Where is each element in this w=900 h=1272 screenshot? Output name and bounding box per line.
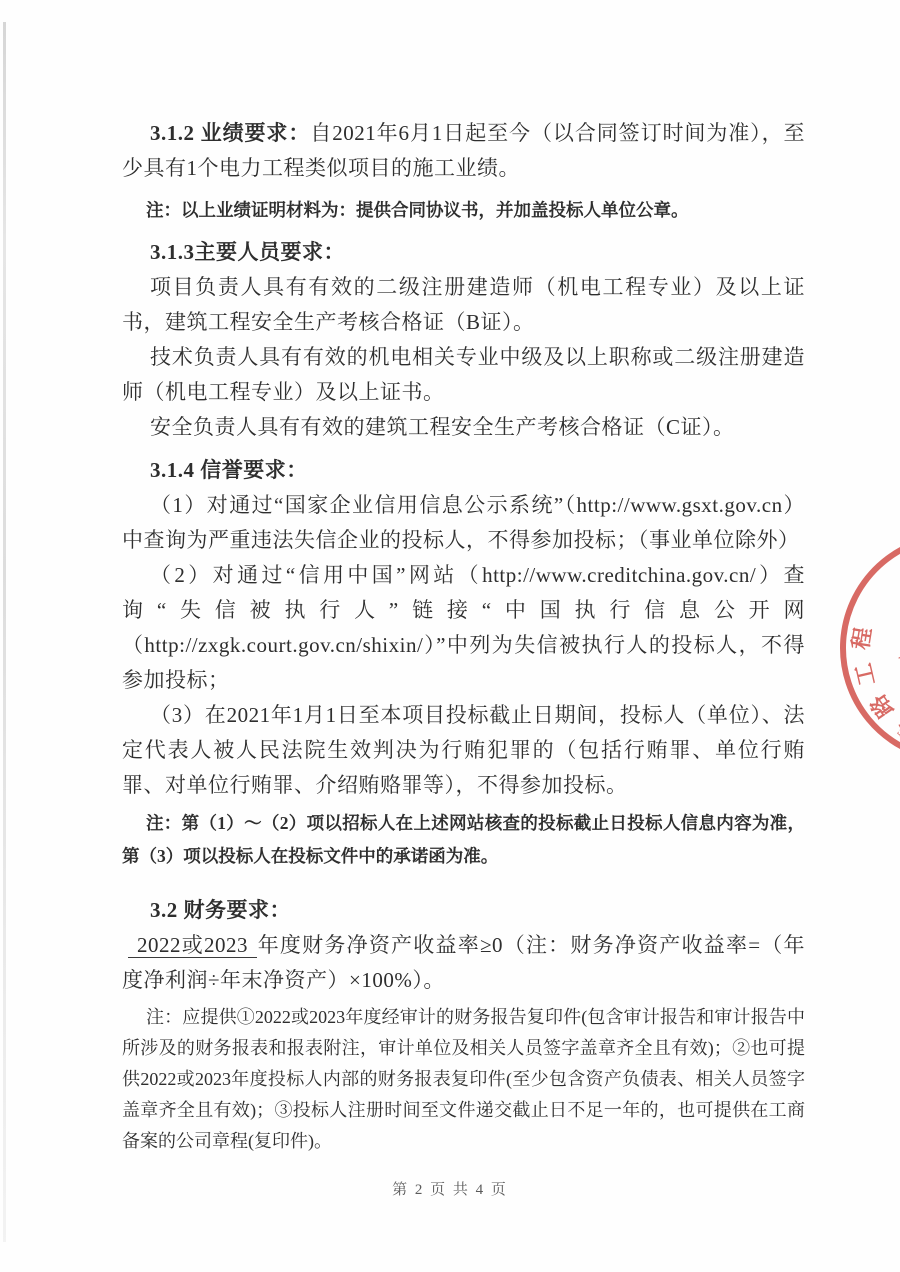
section-3-2-paragraph: 2022或2023年度财务净资产收益率≥0（注：财务净资产收益率=（年度净利润÷… — [122, 928, 805, 998]
company-seal-stamp: 三公路工程 51010 — [835, 528, 900, 768]
document-page: 3.1.2 业绩要求：自2021年6月1日起至今（以合同签订时间为准），至少具有… — [0, 0, 900, 1272]
section-3-1-3-para-safety-lead: 安全负责人具有有效的建筑工程安全生产考核合格证（C证）。 — [122, 410, 805, 445]
scan-edge-artifact — [3, 22, 6, 1242]
section-3-1-2-paragraph: 3.1.2 业绩要求：自2021年6月1日起至今（以合同签订时间为准），至少具有… — [122, 116, 805, 186]
section-3-1-2-note: 注：以上业绩证明材料为：提供合同协议书，并加盖投标人单位公章。 — [122, 194, 805, 227]
section-3-2-heading: 3.2 财务要求： — [122, 893, 805, 928]
section-3-1-3-para-project-manager: 项目负责人具有有效的二级注册建造师（机电工程专业）及以上证书，建筑工程安全生产考… — [122, 270, 805, 340]
section-3-1-2-heading: 3.1.2 业绩要求： — [150, 121, 310, 145]
section-3-1-4-item-1: （1）对通过“国家企业信用信息公示系统”（http://www.gsxt.gov… — [122, 488, 805, 558]
section-3-2-underlined-years: 2022或2023 — [128, 933, 257, 958]
section-3-1-4-heading: 3.1.4 信誉要求： — [122, 453, 805, 488]
section-3-1-3-para-technical-lead: 技术负责人具有有效的机电相关专业中级及以上职称或二级注册建造师（机电工程专业）及… — [122, 340, 805, 410]
section-3-1-4-item-2: （2）对通过“信用中国”网站（http://www.creditchina.go… — [122, 558, 805, 698]
page-number-footer: 第 2 页 共 4 页 — [0, 1178, 900, 1199]
document-content: 3.1.2 业绩要求：自2021年6月1日起至今（以合同签订时间为准），至少具有… — [122, 116, 805, 1157]
section-3-1-4-item-3: （3）在2021年1月1日至本项目投标截止日期间，投标人（单位）、法定代表人被人… — [122, 698, 805, 803]
section-3-1-4-note: 注：第（1）～（2）项以招标人在上述网站核查的投标截止日投标人信息内容为准，第（… — [122, 807, 805, 873]
seal-group: 三公路工程 51010 — [835, 528, 900, 768]
section-3-1-3-heading: 3.1.3主要人员要求： — [122, 235, 805, 270]
section-3-2-note: 注：应提供①2022或2023年度经审计的财务报告复印件(包含审计报告和审计报告… — [122, 1002, 805, 1157]
